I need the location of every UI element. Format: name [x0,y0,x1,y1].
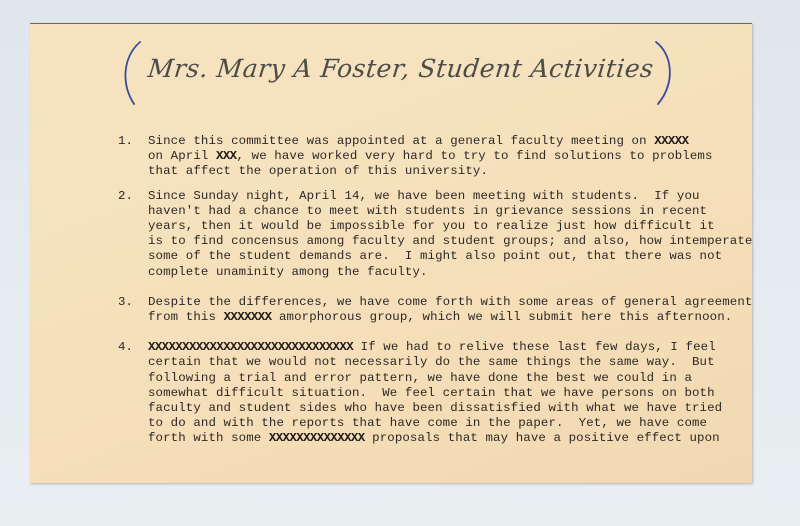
right-parenthesis-icon [650,38,680,108]
text-line: years, then it would be impossible for y… [148,219,758,234]
handwritten-annotation: Mrs. Mary A Foster, Student Activities [118,38,678,108]
text-line: XXXXXXXXXXXXXXXXXXXXXXXXXXXXXX If we had… [148,340,758,355]
left-parenthesis-icon [118,38,148,108]
item-number: 3. [118,295,133,310]
item-number: 4. [118,340,133,355]
item-number: 2. [118,189,133,204]
text-line: Despite the differences, we have come fo… [148,295,758,310]
paragraph-item: 1.Since this committee was appointed at … [118,134,758,180]
text-line: is to find concensus among faculty and s… [148,234,758,249]
text-line: following a trial and error pattern, we … [148,371,758,386]
text-line: faculty and student sides who have been … [148,401,758,416]
struck-out-text: XXXXXXX [224,310,272,324]
text-line: certain that we would not necessarily do… [148,355,758,370]
item-number: 1. [118,134,133,149]
document-card: Mrs. Mary A Foster, Student Activities 1… [30,23,752,483]
text-line: on April XXX, we have worked very hard t… [148,149,758,164]
text-line: complete unaminity among the faculty. [148,265,758,280]
typed-body: 1.Since this committee was appointed at … [118,134,758,447]
text-line: some of the student demands are. I might… [148,249,758,264]
paragraph-item: 4.XXXXXXXXXXXXXXXXXXXXXXXXXXXXXX If we h… [118,340,758,446]
text-line: Since Sunday night, April 14, we have be… [148,189,758,204]
text-line: to do and with the reports that have com… [148,416,758,431]
text-line: Since this committee was appointed at a … [148,134,758,149]
text-line: haven't had a chance to meet with studen… [148,204,758,219]
struck-out-text: XXXXXXXXXXXXXXXXXXXXXXXXXXXXXX [148,340,353,354]
text-line: forth with some XXXXXXXXXXXXXX proposals… [148,431,758,446]
handwritten-name: Mrs. Mary A Foster, Student Activities [146,54,655,83]
paragraph-item: 3.Despite the differences, we have come … [118,295,758,325]
struck-out-text: XXXXXXXXXXXXXX [269,431,365,445]
text-line: somewhat difficult situation. We feel ce… [148,386,758,401]
text-line: that affect the operation of this univer… [148,164,758,179]
struck-out-text: XXXXX [654,134,688,148]
paragraph-item: 2.Since Sunday night, April 14, we have … [118,189,758,280]
text-line: from this XXXXXXX amorphorous group, whi… [148,310,758,325]
struck-out-text: XXX [216,149,237,163]
